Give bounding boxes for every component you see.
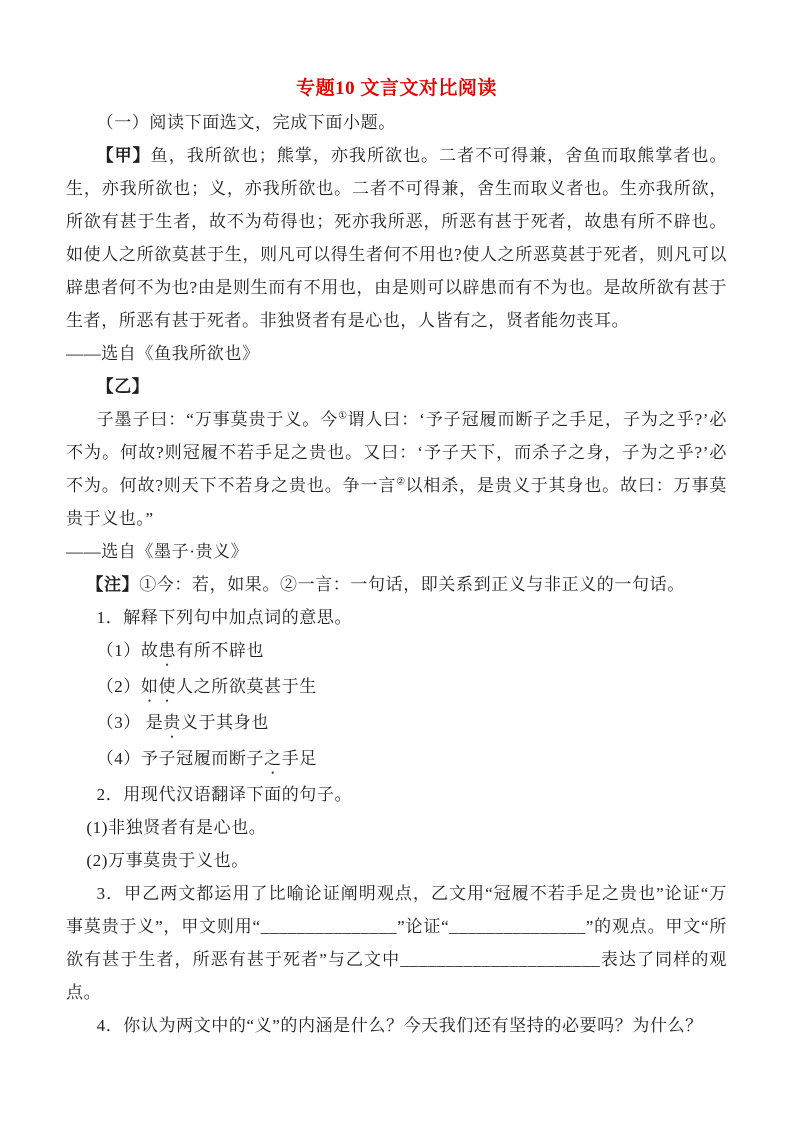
yi-text-seg1: 子墨子曰：“万事莫贵于义。今 bbox=[97, 410, 339, 429]
intro-line: （一）阅读下面选文，完成下面小题。 bbox=[66, 106, 727, 139]
dotted-word: 患 bbox=[159, 641, 177, 660]
note-text: ①今：若，如果。②一言：一句话，即关系到正义与非正义的一句话。 bbox=[139, 575, 685, 594]
jia-label: 【甲】 bbox=[97, 146, 151, 165]
question-1-item-3: （3） 是贵义于其身也 bbox=[66, 706, 727, 742]
dotted-word: 贵 bbox=[163, 713, 181, 732]
jia-text: 鱼，我所欲也；熊掌，亦我所欲也。二者不可得兼，舍鱼而取熊掌者也。生，亦我所欲也；… bbox=[66, 146, 727, 330]
item-number: （2） bbox=[97, 677, 141, 696]
document-page: 专题10 文言文对比阅读 （一）阅读下面选文，完成下面小题。 【甲】鱼，我所欲也… bbox=[0, 0, 793, 1122]
item-number: （1） bbox=[97, 641, 141, 660]
question-3: 3．甲乙两文都运用了比喻论证阐明观点，乙文用“冠履不若手足之贵也”论证“万事莫贵… bbox=[66, 877, 727, 1009]
question-2-item-1: (1)非独贤者有是心也。 bbox=[66, 811, 727, 844]
question-1-item-4: （4）予子冠履而断子之手足 bbox=[66, 742, 727, 778]
dotted-word: 之 bbox=[264, 749, 282, 768]
note-line: 【注】①今：若，如果。②一言：一句话，即关系到正义与非正义的一句话。 bbox=[66, 568, 727, 601]
page-title: 专题10 文言文对比阅读 bbox=[66, 72, 727, 106]
item-text: 故 bbox=[141, 641, 159, 660]
item-number: （4） bbox=[97, 749, 141, 768]
question-1-stem: 1．解释下列句中加点词的意思。 bbox=[66, 601, 727, 634]
dotted-word: 如使 bbox=[141, 677, 176, 696]
item-text: 手足 bbox=[282, 749, 317, 768]
item-text: 人之所欲莫甚于生 bbox=[176, 677, 317, 696]
question-2-stem: 2．用现代汉语翻译下面的句子。 bbox=[66, 778, 727, 811]
yi-source: ——选自《墨子·贵义》 bbox=[66, 535, 727, 568]
question-4: 4．你认为两文中的“义”的内涵是什么？今天我们还有坚持的必要吗？为什么？ bbox=[66, 1009, 727, 1042]
question-1-item-2: （2）如使人之所欲莫甚于生 bbox=[66, 670, 727, 706]
item-text: 义于其身也 bbox=[181, 713, 269, 732]
item-text: 是 bbox=[141, 713, 163, 732]
question-1-item-1: （1）故患有所不辟也 bbox=[66, 634, 727, 670]
question-2-item-2: (2)万事莫贵于义也。 bbox=[66, 844, 727, 877]
jia-source: ——选自《鱼我所欲也》 bbox=[66, 337, 727, 370]
passage-yi: 子墨子曰：“万事莫贵于义。今①谓人曰：‘予子冠履而断子之手足，子为之乎?’必不为… bbox=[66, 403, 727, 535]
yi-label-line: 【乙】 bbox=[66, 370, 727, 403]
note-label: 【注】 bbox=[86, 575, 139, 594]
yi-label: 【乙】 bbox=[97, 377, 150, 396]
item-text: 有所不辟也 bbox=[176, 641, 264, 660]
item-text: 予子冠履而断子 bbox=[141, 749, 264, 768]
item-number: （3） bbox=[97, 713, 141, 732]
passage-jia: 【甲】鱼，我所欲也；熊掌，亦我所欲也。二者不可得兼，舍鱼而取熊掌者也。生，亦我所… bbox=[66, 139, 727, 337]
